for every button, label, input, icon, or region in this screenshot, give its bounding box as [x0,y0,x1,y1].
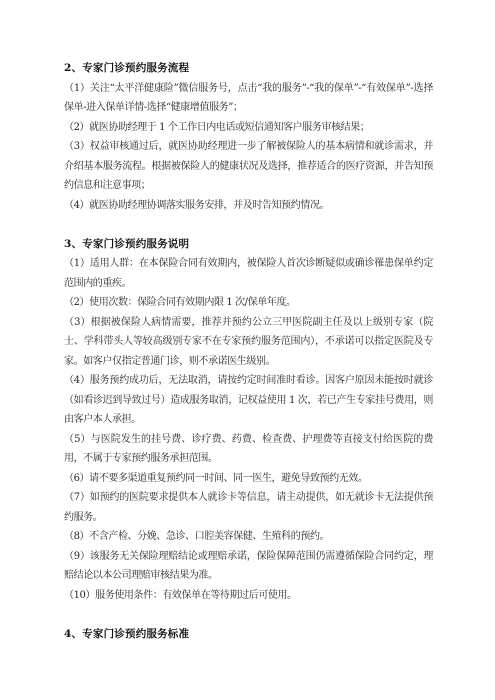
paragraph-notes-item-2: （2）使用次数：保险合同有效期内限 1 次/保单年度。 [64,293,433,313]
section-service-process: 2、专家门诊预约服务流程 （1）关注“太平洋健康险”微信服务号，点击“我的服务”… [64,59,433,215]
paragraph-notes-item-7: （7）如预约的医院要求提供本人就诊卡等信息，请主动提供，如无就诊卡无法提供预约服… [64,488,433,527]
paragraph-process-item-1: （1）关注“太平洋健康险”微信服务号，点击“我的服务”-“我的保单”-“有效保单… [64,79,433,118]
paragraph-notes-item-1: （1）适用人群：在本保险合同有效期内，被保险人首次诊断疑似或确诊罹患保单约定范围… [64,254,433,293]
section-service-notes: 3、专家门诊预约服务说明 （1）适用人群：在本保险合同有效期内，被保险人首次诊断… [64,235,433,606]
section-service-standard-heading: 4、专家门诊预约服务标准 [64,625,433,645]
paragraph-notes-item-10: （10）服务使用条件：有效保单在等待期过后可使用。 [64,586,433,606]
document-page: 2、专家门诊预约服务流程 （1）关注“太平洋健康险”微信服务号，点击“我的服务”… [0,0,495,700]
paragraph-notes-item-5: （5）与医院发生的挂号费、诊疗费、药费、检查费、护理费等直接支付给医院的费用，不… [64,430,433,469]
paragraph-notes-item-8: （8）不含产检、分娩、急诊、口腔美容保健、生殖科的预约。 [64,527,433,547]
section-service-process-heading: 2、专家门诊预约服务流程 [64,59,433,79]
section-service-standard: 4、专家门诊预约服务标准 [64,625,433,645]
paragraph-notes-item-4: （4）服务预约成功后，无法取消，请按约定时间准时看诊。因客户原因未能按时就诊（如… [64,371,433,430]
paragraph-notes-item-3: （3）根据被保险人病情需要，推荐并预约公立三甲医院副主任及以上级别专家（院士、学… [64,313,433,372]
section-service-notes-heading: 3、专家门诊预约服务说明 [64,235,433,255]
paragraph-notes-item-9: （9）该服务无关保险理赔结论或理赔承诺，保险保障范围仍需遵循保险合同约定，理赔结… [64,547,433,586]
paragraph-notes-item-6: （6）请不要多渠道重复预约同一时间、同一医生，避免导致预约无效。 [64,469,433,489]
paragraph-process-item-2: （2）就医协助经理于 1 个工作日内电话或短信通知客户服务审核结果； [64,118,433,138]
paragraph-process-item-4: （4）就医协助经理协调落实服务安排，并及时告知预约情况。 [64,196,433,216]
paragraph-process-item-3: （3）权益审核通过后，就医协助经理进一步了解被保险人的基本病情和就诊需求，并介绍… [64,137,433,196]
